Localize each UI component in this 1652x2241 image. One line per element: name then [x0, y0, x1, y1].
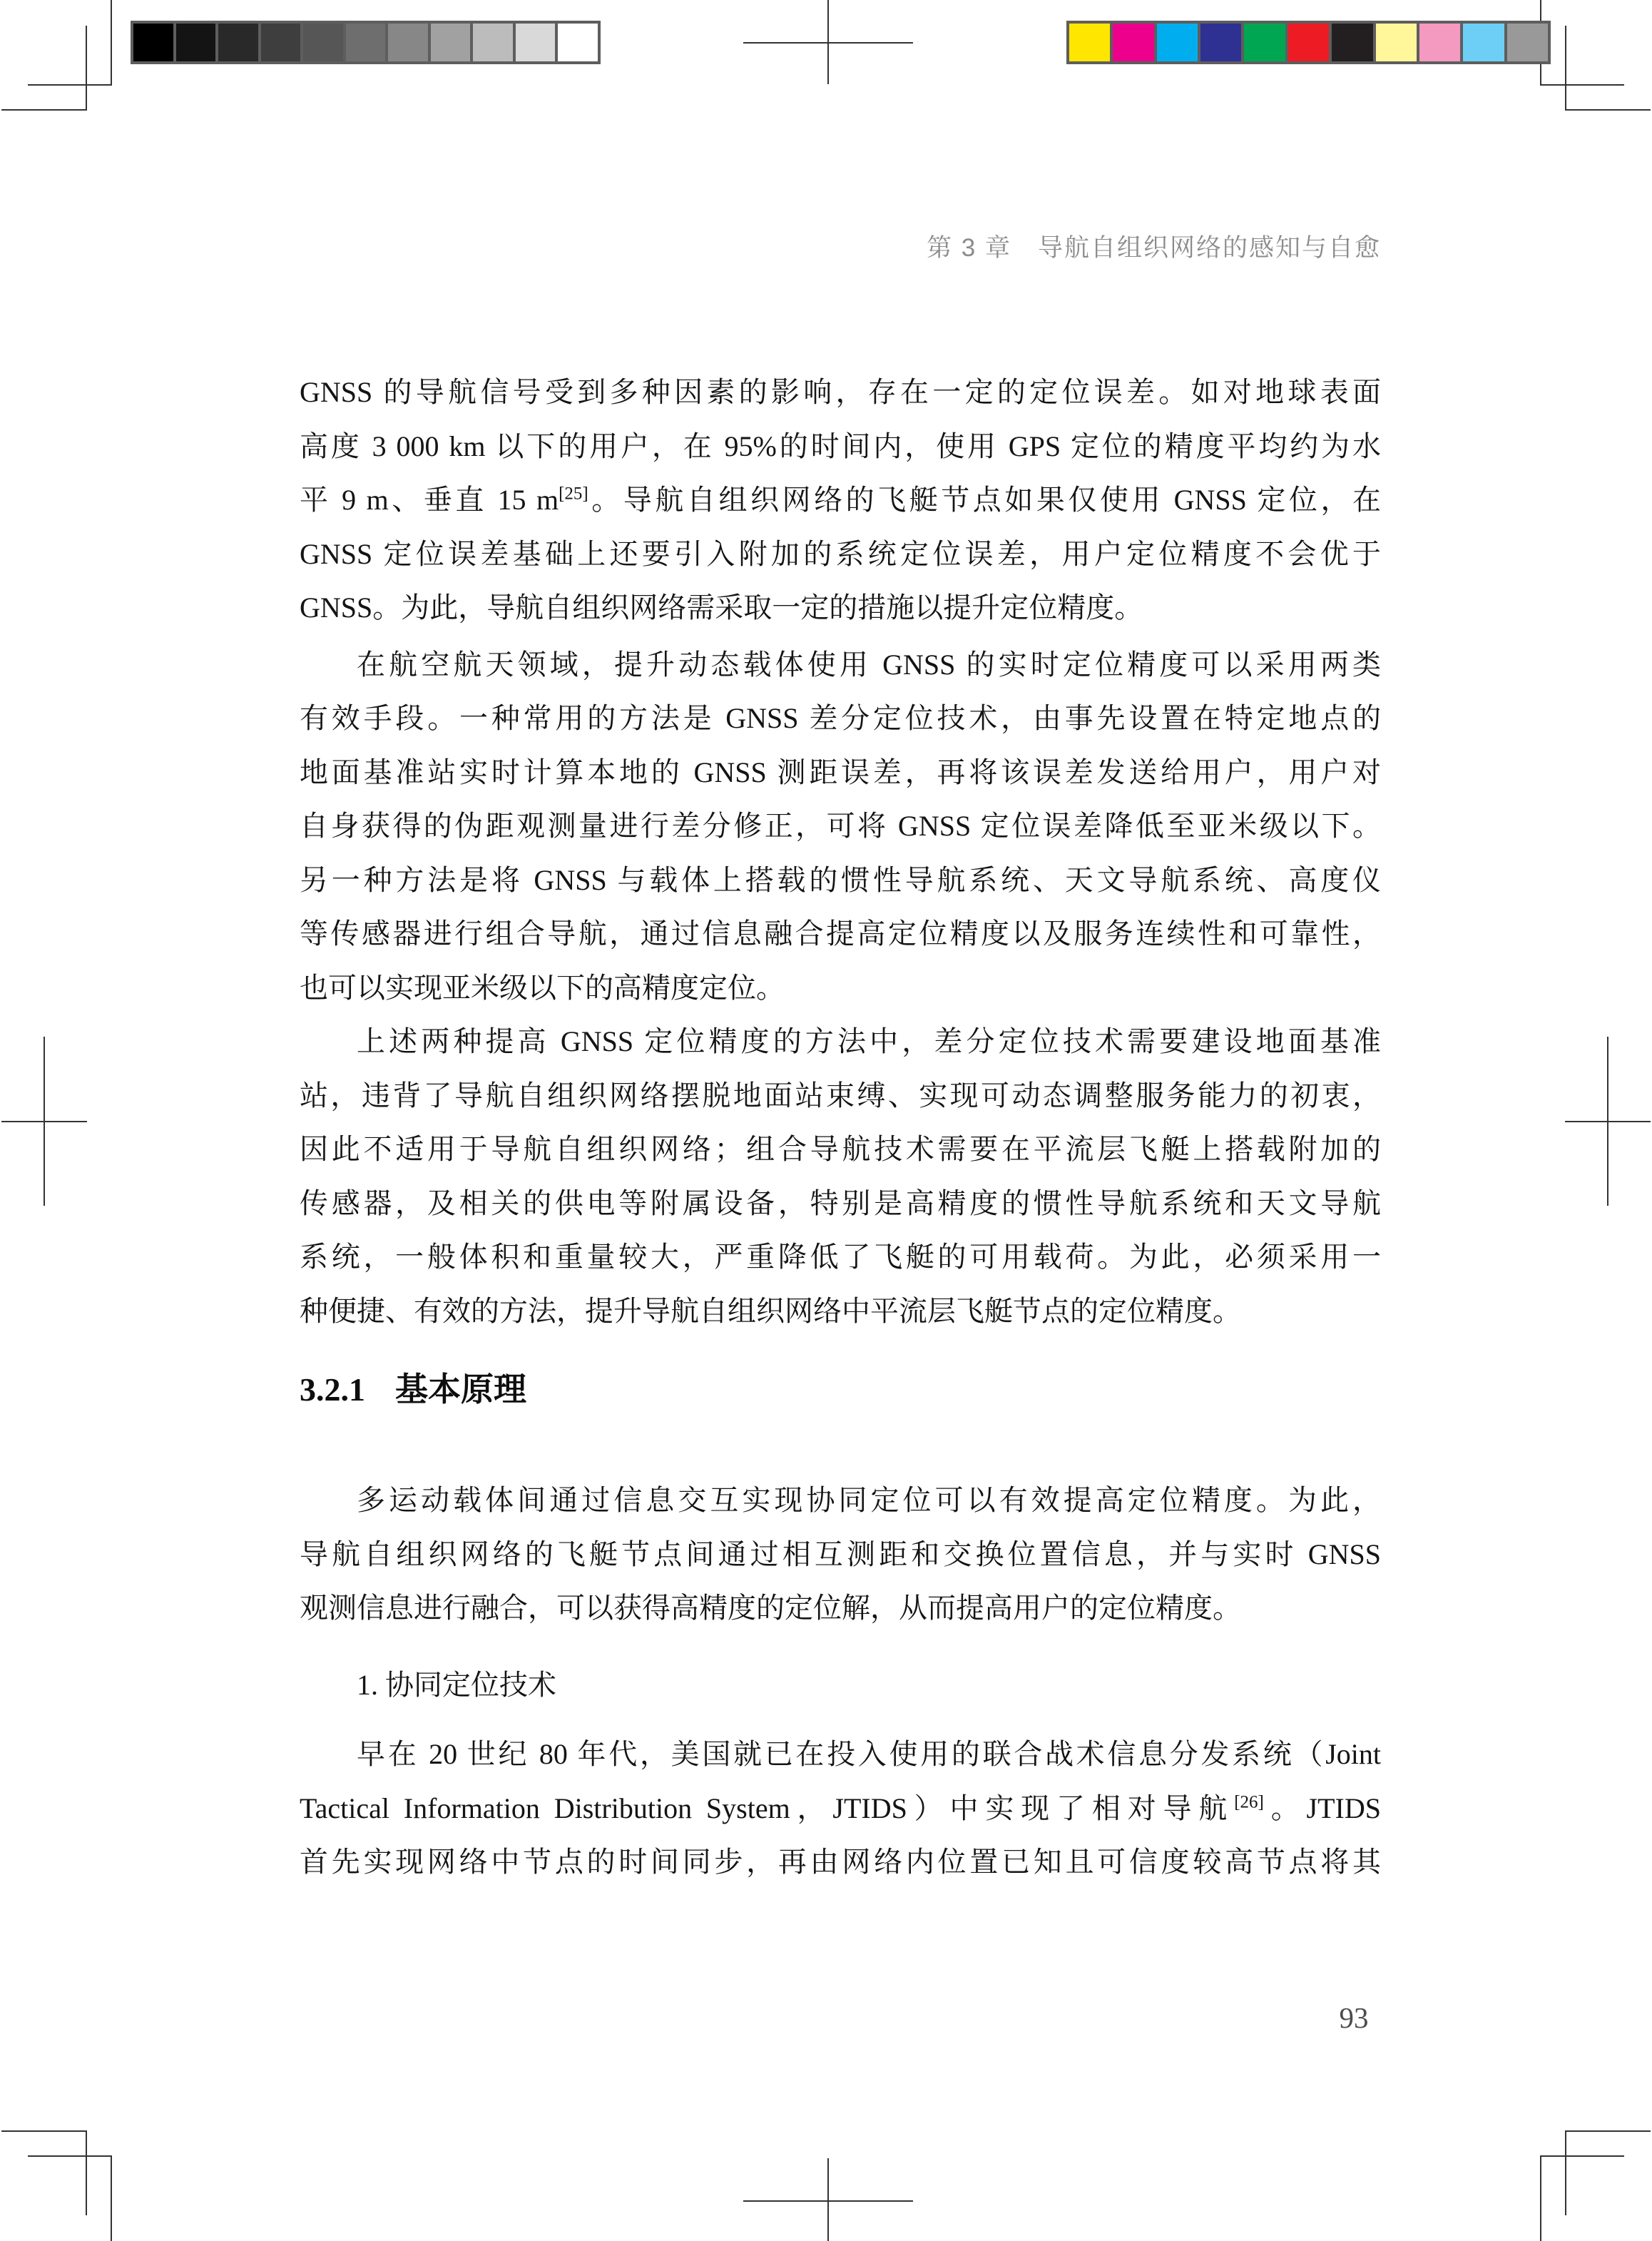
crop-mark — [1540, 2156, 1541, 2241]
grayscale-patch — [133, 24, 173, 61]
color-patch — [1200, 24, 1241, 61]
grayscale-calibration-bar — [131, 21, 601, 64]
crop-mark — [1, 109, 87, 111]
text-line: 地面基准站实时计算本地的 GNSS 测距误差，再将该误差发送给用户，用户对 — [300, 746, 1381, 800]
text-line: 多运动载体间通过信息交互实现协同定位可以有效提高定位精度。为此， — [300, 1473, 1381, 1528]
text-line: 高度 3 000 km 以下的用户，在 95%的时间内，使用 GPS 定位的精度… — [300, 420, 1381, 474]
crop-mark — [111, 0, 112, 85]
section-number: 3.2.1 — [300, 1371, 365, 1408]
text-line: 系统，一般体积和重量较大，严重降低了飞艇的可用载荷。为此，必须采用一 — [300, 1230, 1381, 1284]
grayscale-patch — [176, 24, 216, 61]
text-line: GNSS 定位误差基础上还要引入附加的系统定位误差，用户定位精度不会优于 — [300, 527, 1381, 581]
crop-mark — [86, 26, 87, 110]
text-line: 导航自组织网络的飞艇节点间通过相互测距和交换位置信息，并与实时 GNSS — [300, 1528, 1381, 1582]
crop-mark — [1540, 84, 1624, 86]
crop-mark — [1, 2130, 87, 2132]
text-line: 自身获得的伪距观测量进行差分修正，可将 GNSS 定位误差降低至亚米级以下。 — [300, 799, 1381, 853]
color-patch — [1157, 24, 1198, 61]
section-heading: 3.2.1基本原理 — [300, 1370, 1381, 1410]
reference-superscript: [25] — [559, 484, 588, 504]
registration-cross — [743, 42, 913, 44]
text-line: Tactical Information Distribution System… — [300, 1782, 1381, 1836]
text-line: 因此不适用于导航自组织网络；组合导航技术需要在平流层飞艇上搭载附加的 — [300, 1122, 1381, 1177]
grayscale-patch — [303, 24, 343, 61]
color-patch — [1463, 24, 1504, 61]
color-patch — [1288, 24, 1329, 61]
color-calibration-bar — [1066, 21, 1551, 64]
subsection-heading: 1. 协同定位技术 — [300, 1658, 1381, 1712]
grayscale-patch — [388, 24, 428, 61]
section-title: 基本原理 — [395, 1371, 526, 1408]
body-text: GNSS 的导航信号受到多种因素的影响，存在一定的定位误差。如对地球表面高度 3… — [300, 365, 1381, 1889]
grayscale-patch — [346, 24, 386, 61]
crop-mark — [28, 84, 112, 86]
text-line: 上述两种提高 GNSS 定位精度的方法中，差分定位技术需要建设地面基准 — [300, 1015, 1381, 1069]
color-patch — [1507, 24, 1548, 61]
color-patch — [1069, 24, 1110, 61]
text-line: 早在 20 世纪 80 年代，美国就已在投入使用的联合战术信息分发系统（Join… — [300, 1727, 1381, 1782]
crop-mark — [86, 2131, 87, 2215]
text-line: 也可以实现亚米级以下的高精度定位。 — [300, 961, 1381, 1015]
running-head: 第 3 章 导航自组织网络的感知与自愈 — [300, 228, 1381, 264]
text-line: 在航空航天领域，提升动态载体使用 GNSS 的实时定位精度可以采用两类 — [300, 638, 1381, 692]
text-line: GNSS。为此，导航自组织网络需采取一定的措施以提升定位精度。 — [300, 581, 1381, 635]
grayscale-patch — [473, 24, 513, 61]
text-line: 种便捷、有效的方法，提升导航自组织网络中平流层飞艇节点的定位精度。 — [300, 1284, 1381, 1338]
grayscale-patch — [431, 24, 471, 61]
color-patch — [1244, 24, 1285, 61]
crop-mark — [1565, 26, 1566, 110]
text-line: 另一种方法是将 GNSS 与载体上搭载的惯性导航系统、天文导航系统、高度仪 — [300, 853, 1381, 908]
crop-mark — [1565, 109, 1651, 111]
text-line: 观测信息进行融合，可以获得高精度的定位解，从而提高用户的定位精度。 — [300, 1581, 1381, 1635]
registration-cross — [743, 2200, 913, 2202]
page-number: 93 — [1297, 2001, 1411, 2035]
text-line: 有效手段。一种常用的方法是 GNSS 差分定位技术，由事先设置在特定地点的 — [300, 691, 1381, 746]
grayscale-patch — [261, 24, 301, 61]
color-patch — [1419, 24, 1460, 61]
crop-mark — [28, 2155, 112, 2157]
book-page: 第 3 章 导航自组织网络的感知与自愈 GNSS 的导航信号受到多种因素的影响，… — [0, 0, 1652, 2241]
color-patch — [1113, 24, 1153, 61]
color-patch — [1376, 24, 1417, 61]
reference-superscript: [26] — [1234, 1792, 1264, 1811]
text-line: GNSS 的导航信号受到多种因素的影响，存在一定的定位误差。如对地球表面 — [300, 365, 1381, 420]
crop-mark — [1565, 2130, 1651, 2132]
grayscale-patch — [516, 24, 556, 61]
crop-mark — [1565, 2131, 1566, 2215]
color-patch — [1332, 24, 1372, 61]
text-line: 首先实现网络中节点的时间同步，再由网络内位置已知且可信度较高节点将其 — [300, 1835, 1381, 1889]
crop-mark — [1540, 2155, 1624, 2157]
paragraph: 在航空航天领域，提升动态载体使用 GNSS 的实时定位精度可以采用两类有效手段。… — [300, 638, 1381, 1015]
text-line: 等传感器进行组合导航，通过信息融合提高定位精度以及服务连续性和可靠性， — [300, 907, 1381, 961]
paragraph: 上述两种提高 GNSS 定位精度的方法中，差分定位技术需要建设地面基准站，违背了… — [300, 1015, 1381, 1338]
paragraph: GNSS 的导航信号受到多种因素的影响，存在一定的定位误差。如对地球表面高度 3… — [300, 365, 1381, 635]
grayscale-patch — [218, 24, 258, 61]
registration-cross — [1565, 1121, 1651, 1122]
crop-mark — [111, 2156, 112, 2241]
text-line: 站，违背了导航自组织网络摆脱地面站束缚、实现可动态调整服务能力的初衷， — [300, 1069, 1381, 1123]
grayscale-patch — [558, 24, 598, 61]
registration-cross — [1, 1121, 87, 1122]
registration-cross — [827, 2158, 829, 2241]
paragraph: 多运动载体间通过信息交互实现协同定位可以有效提高定位精度。为此，导航自组织网络的… — [300, 1473, 1381, 1635]
text-line: 传感器，及相关的供电等附属设备，特别是高精度的惯性导航系统和天文导航 — [300, 1177, 1381, 1231]
text-line: 平 9 m、垂直 15 m[25]。导航自组织网络的飞艇节点如果仅使用 GNSS… — [300, 473, 1381, 527]
paragraph: 早在 20 世纪 80 年代，美国就已在投入使用的联合战术信息分发系统（Join… — [300, 1727, 1381, 1889]
